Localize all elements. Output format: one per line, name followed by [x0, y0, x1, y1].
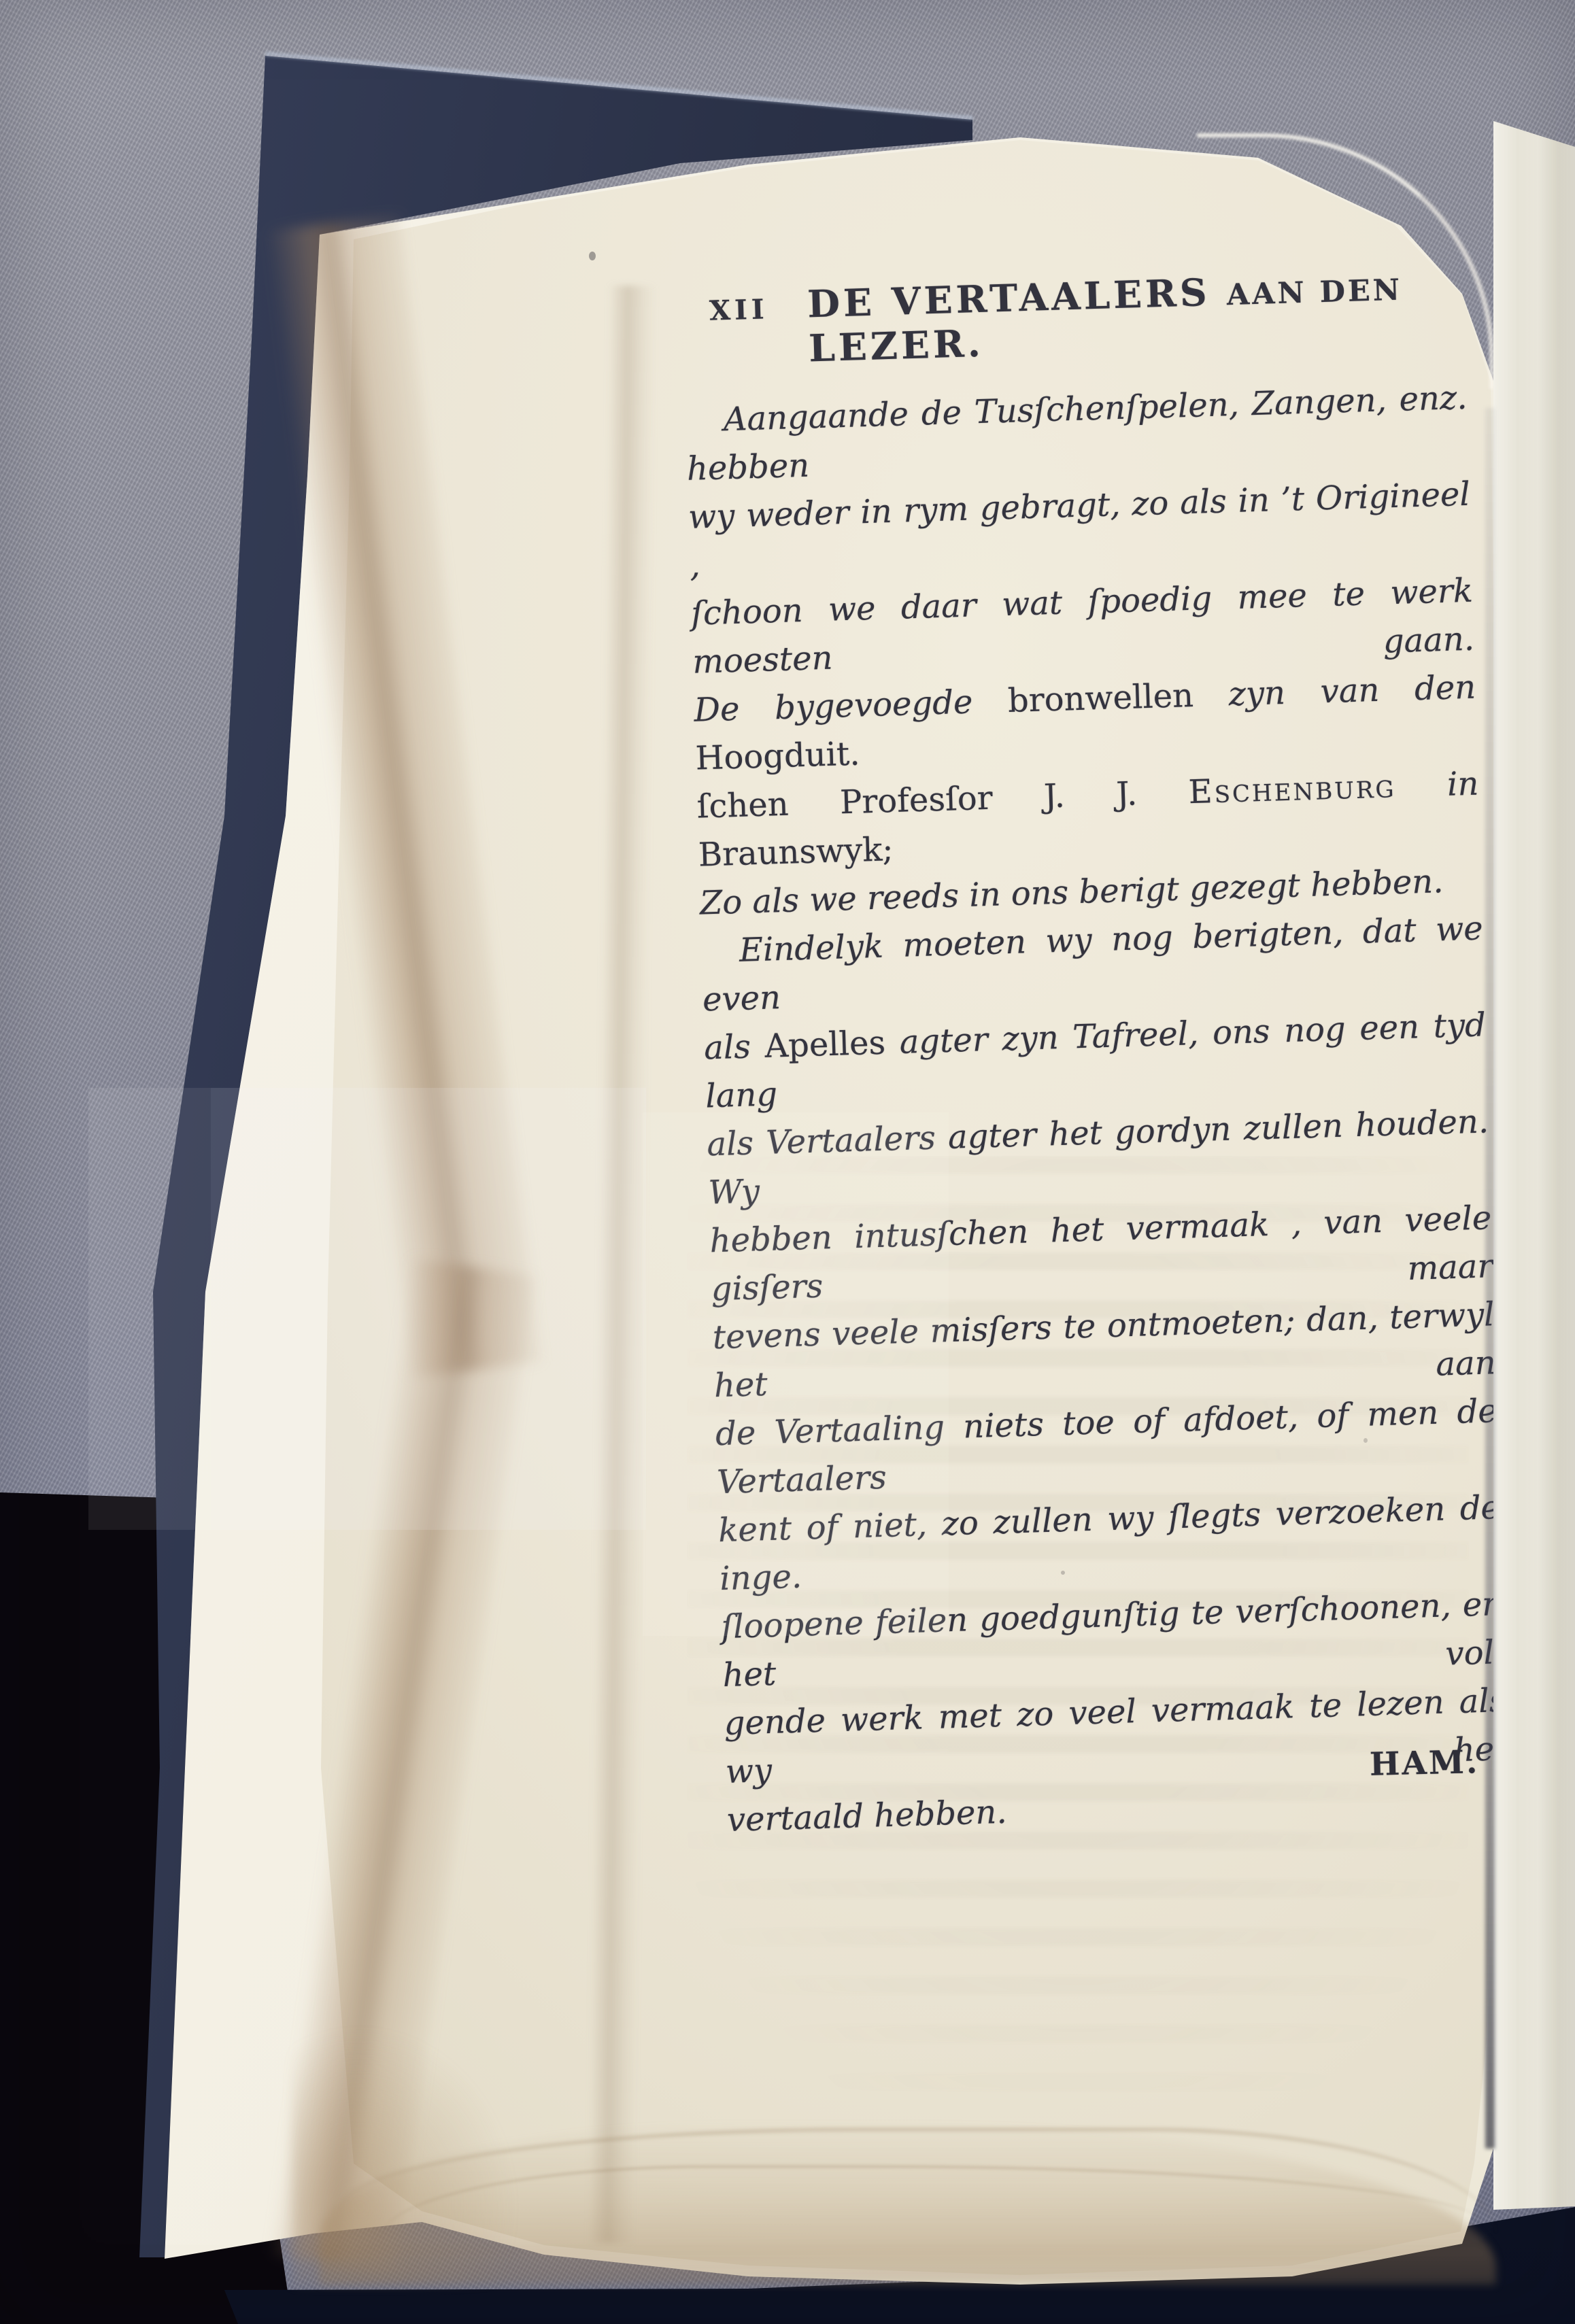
page-number: XII	[709, 293, 768, 327]
waterstain-corner	[292, 2026, 517, 2285]
facing-page-edge	[1493, 102, 1575, 2217]
page-gap-shadow	[1485, 408, 1495, 2149]
dust-speck-3	[1364, 1438, 1368, 1443]
dust-speck-1	[589, 252, 596, 260]
page-header-title: DE VERTAALERS AAN DEN LEZER.	[807, 262, 1479, 370]
glare-patch-3	[88, 1088, 211, 1530]
glare-patch-1	[211, 1088, 646, 1530]
catchword: HAM.	[1369, 1743, 1479, 1783]
book-photograph: XII DE VERTAALERS AAN DEN LEZER. Aangaan…	[0, 0, 1575, 2324]
dust-speck-2	[1061, 1571, 1065, 1575]
glare-patch-2	[643, 1112, 949, 1636]
